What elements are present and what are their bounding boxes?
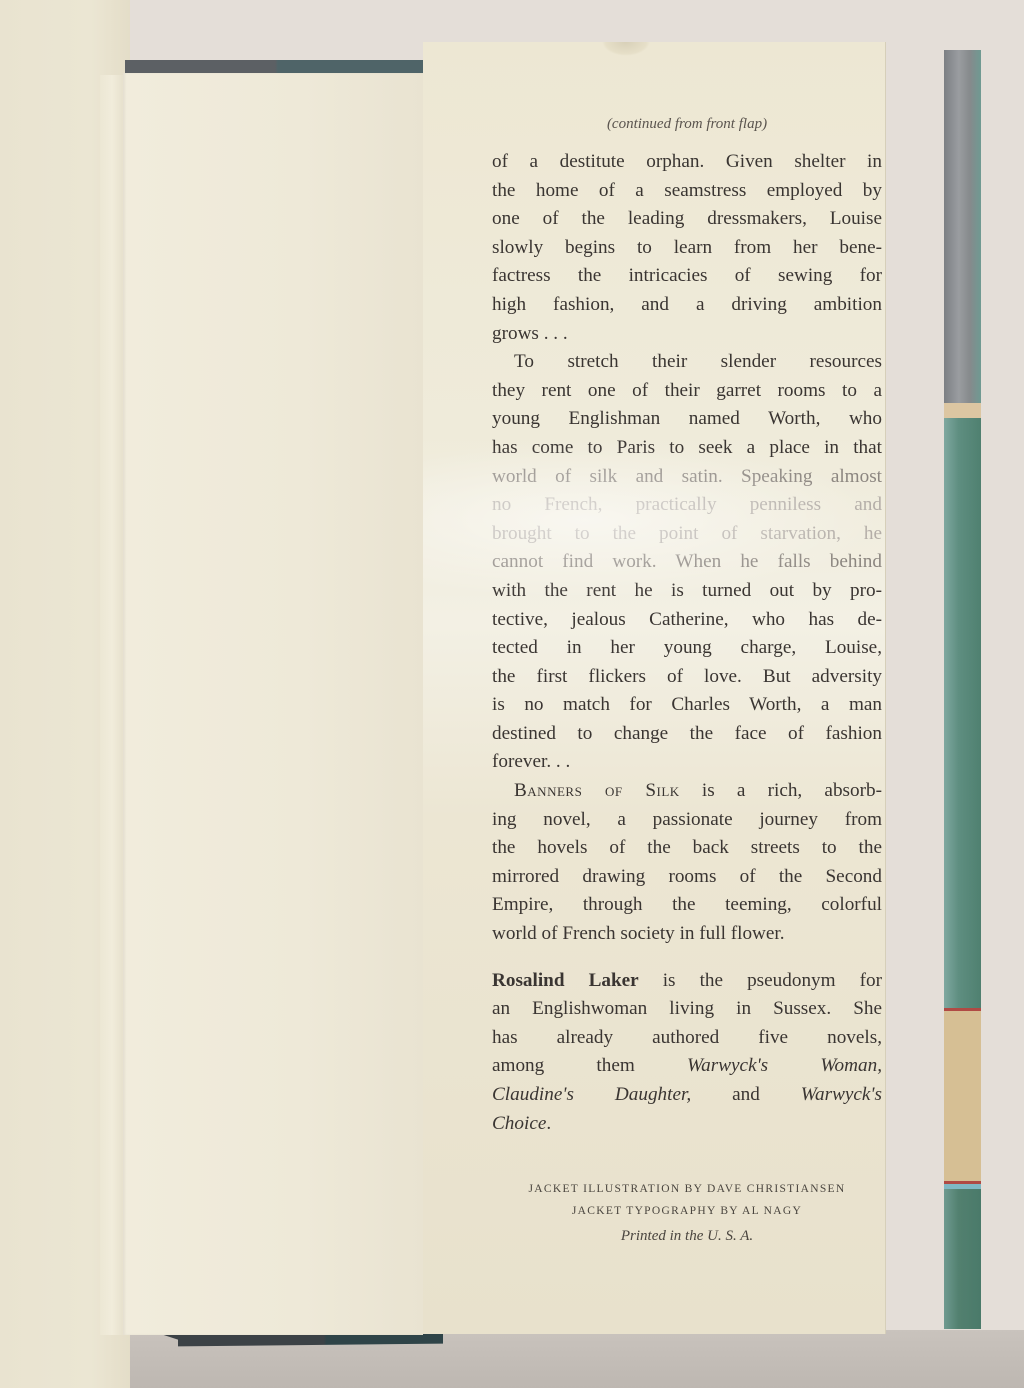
synopsis-paragraph-2: To stretch their slender resources they … [492,348,882,777]
spine-tan-stripe [944,403,981,418]
book-title-claudines-daughter: Claudine's Daughter, [492,1084,691,1105]
synopsis-paragraph-3: Banners of Silk is a rich, absorb- ing n… [492,777,882,949]
book-title: Banners of Silk [514,780,680,801]
book-gutter [100,75,124,1335]
author-bio: Rosalind Laker is the pseudonym for an E… [492,967,882,1139]
author-name: Rosalind Laker [492,970,639,991]
spine-green-band [944,418,981,1008]
spine-tan-band [944,1011,981,1181]
spine-green-band-lower [944,1189,981,1329]
typography-credit: Jacket typography by Al Nagy [492,1200,882,1222]
spine-gray-band [944,50,981,403]
flap-tear [602,42,650,56]
book-title-warwycks-choice: Warwyck's [801,1084,882,1105]
synopsis-paragraph-1: of a destitute orphan. Given shelter in … [492,148,882,348]
jacket-credits: Jacket illustration by Dave Christiansen… [492,1178,882,1245]
jacket-spine-edge [944,50,981,1338]
continued-note: (continued from front flap) [492,110,882,138]
illustration-credit: Jacket illustration by Dave Christiansen [492,1178,882,1200]
back-flyleaf [123,73,423,1335]
book-title-warwycks-woman: Warwyck's Woman, [687,1055,882,1076]
printed-in-usa: Printed in the U. S. A. [492,1228,882,1245]
flap-text: (continued from front flap) of a destitu… [492,110,882,1138]
cover-board-top-edge [125,60,425,73]
table-surface-shadow [0,1330,1024,1388]
